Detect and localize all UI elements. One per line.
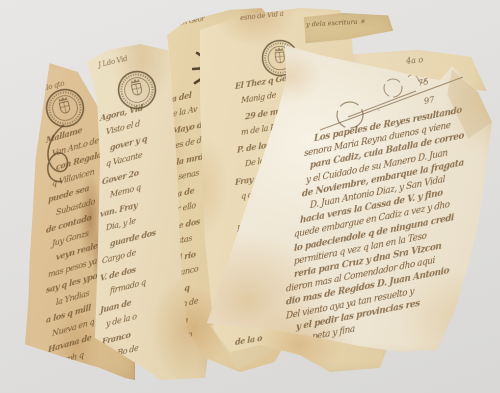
manuscript-line: Sn Geor — [177, 15, 205, 28]
manuscript-line: J Ldo Vid — [97, 55, 128, 69]
photograph-of-manuscripts: Seilo qto MallameVan Ant.o decon Regalam… — [0, 0, 500, 393]
manuscript-line: y dela escritura ✳ — [306, 17, 365, 28]
handwritten-text-block: Los papeles de Reyes resultandosenora Ma… — [300, 103, 472, 348]
manuscript-line: 4a o — [406, 55, 424, 65]
